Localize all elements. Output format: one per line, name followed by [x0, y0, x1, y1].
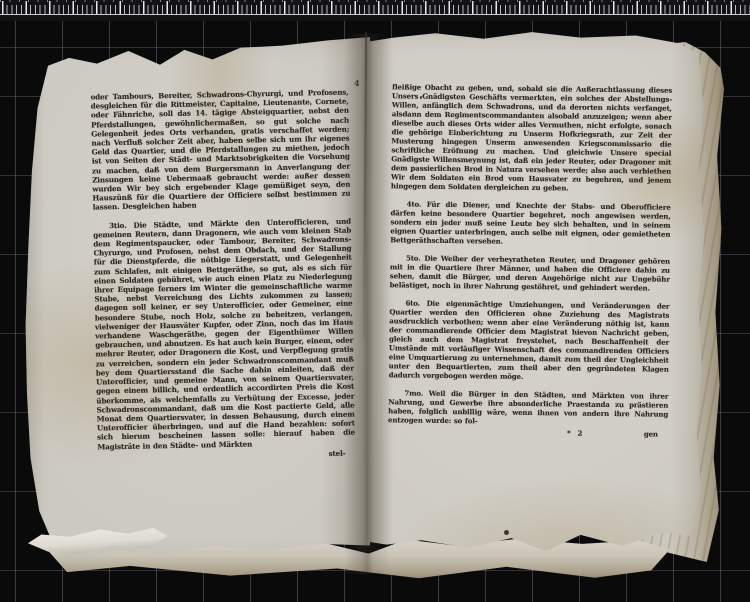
- right-page-paragraph: fleißige Obacht zu geben, und, sobald si…: [391, 82, 672, 193]
- gutter-page-number: 4: [354, 78, 360, 88]
- catchword: gen: [644, 429, 658, 438]
- right-page-paragraph: 6to. Die eigenmächtige Umziehungen, und …: [389, 298, 670, 382]
- signature-mark: * 2: [567, 428, 584, 437]
- right-page-paragraph: 4to. Für die Diener, und Knechte der Sta…: [390, 199, 671, 247]
- catchword: stel-: [328, 448, 345, 458]
- scale-ruler: [0, 0, 750, 21]
- left-page-text-block: oder Tambours, Bereiter, Schwadrons-Chyr…: [90, 88, 355, 464]
- paper-speck: [504, 530, 509, 535]
- right-page-text-block: fleißige Obacht zu geben, und, sobald si…: [388, 82, 672, 439]
- left-page-paragraph: 3tio. Die Städte, und Märkte den Unterof…: [93, 216, 355, 451]
- ruler-major-ticks: [2, 1, 750, 14]
- left-page-paragraph: oder Tambours, Bereiter, Schwadrons-Chyr…: [90, 88, 350, 213]
- right-page-paragraph: 5to. Die Weiber der verheyratheten Reute…: [390, 253, 670, 292]
- ruler-baseline: [0, 14, 750, 15]
- photographed-document-scene: 4 oder Tambours, Bereiter, Schwadrons-Ch…: [0, 0, 750, 602]
- right-page-paragraph: 7mo. Weil die Bürger in den Städten, und…: [388, 388, 668, 427]
